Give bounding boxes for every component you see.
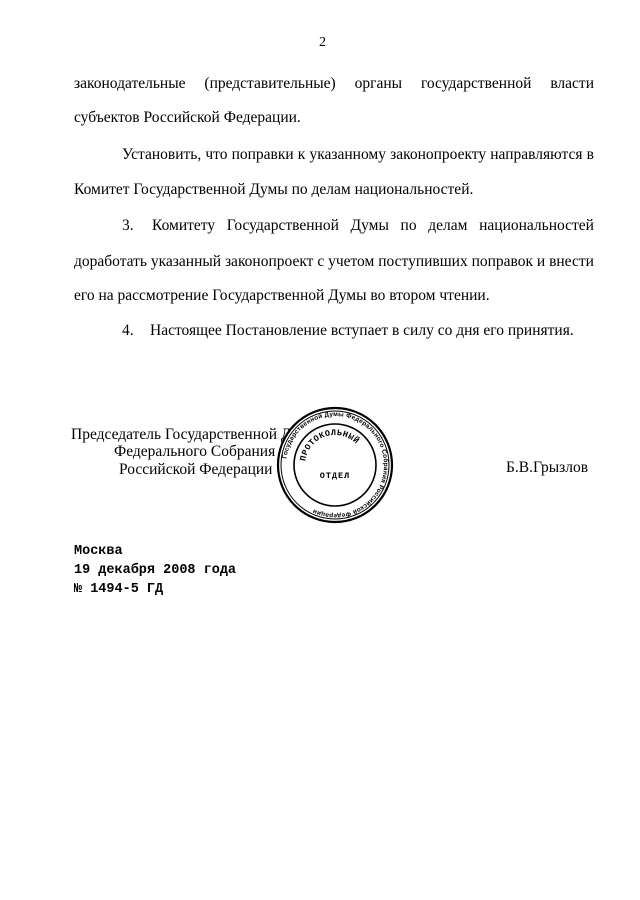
- word: государственной: [421, 74, 531, 94]
- word: к: [298, 145, 306, 165]
- word: доработать: [74, 252, 147, 272]
- official-seal-icon: Государственной Думы Федерального Собран…: [276, 406, 394, 524]
- word: Комитету: [152, 216, 215, 236]
- document-number: № 1494-5 ГД: [74, 580, 163, 600]
- word: поступивших: [378, 252, 468, 272]
- word: с: [317, 252, 324, 272]
- word: законодательные: [74, 74, 186, 94]
- word: учетом: [328, 252, 374, 272]
- item-3-line-1: Комитету Государственной Думы по делам н…: [152, 216, 594, 236]
- item-3-line-3: его на рассмотрение Государственной Думы…: [74, 286, 594, 306]
- item-4-text: Настоящее Постановление вступает в силу …: [150, 321, 574, 341]
- item-3-line-2: доработать указанный законопроект с учет…: [74, 252, 594, 272]
- signatory-title-line-3: Российской Федерации: [119, 460, 272, 480]
- word: направляются: [490, 145, 582, 165]
- word: (представительные): [204, 74, 335, 94]
- word: что: [205, 145, 227, 165]
- item-number: 3.: [122, 216, 134, 236]
- word: органы: [355, 74, 402, 94]
- paragraph-line-2: субъектов Российской Федерации.: [74, 108, 594, 128]
- word: Установить,: [122, 145, 201, 165]
- paragraph-establish-line-1: Установить, что поправки к указанному за…: [122, 145, 594, 165]
- word: делам: [428, 216, 467, 236]
- word: национальностей: [479, 216, 594, 236]
- word: Государственной: [227, 216, 339, 236]
- word: указанному: [309, 145, 386, 165]
- signatory-title-line-2: Федерального Собрания: [114, 442, 275, 462]
- word: в: [587, 145, 594, 165]
- word: законопроект: [225, 252, 314, 272]
- page-number: 2: [319, 35, 326, 51]
- word: внести: [549, 252, 594, 272]
- paragraph-establish-line-2: Комитет Государственной Думы по делам на…: [74, 180, 594, 200]
- word: указанный: [151, 252, 221, 272]
- signatory-name: Б.В.Грызлов: [506, 458, 588, 478]
- word: власти: [550, 74, 594, 94]
- word: поправки: [232, 145, 294, 165]
- word: поправок: [472, 252, 533, 272]
- seal-center-text: ОТДЕЛ: [320, 471, 351, 481]
- word: законопроекту: [390, 145, 486, 165]
- item-number: 4.: [122, 321, 134, 341]
- paragraph-line-1: законодательные (представительные) орган…: [74, 74, 594, 94]
- word: Думы: [351, 216, 389, 236]
- date: 19 декабря 2008 года: [74, 561, 236, 581]
- place: Москва: [74, 542, 123, 562]
- word: по: [401, 216, 417, 236]
- word: и: [537, 252, 545, 272]
